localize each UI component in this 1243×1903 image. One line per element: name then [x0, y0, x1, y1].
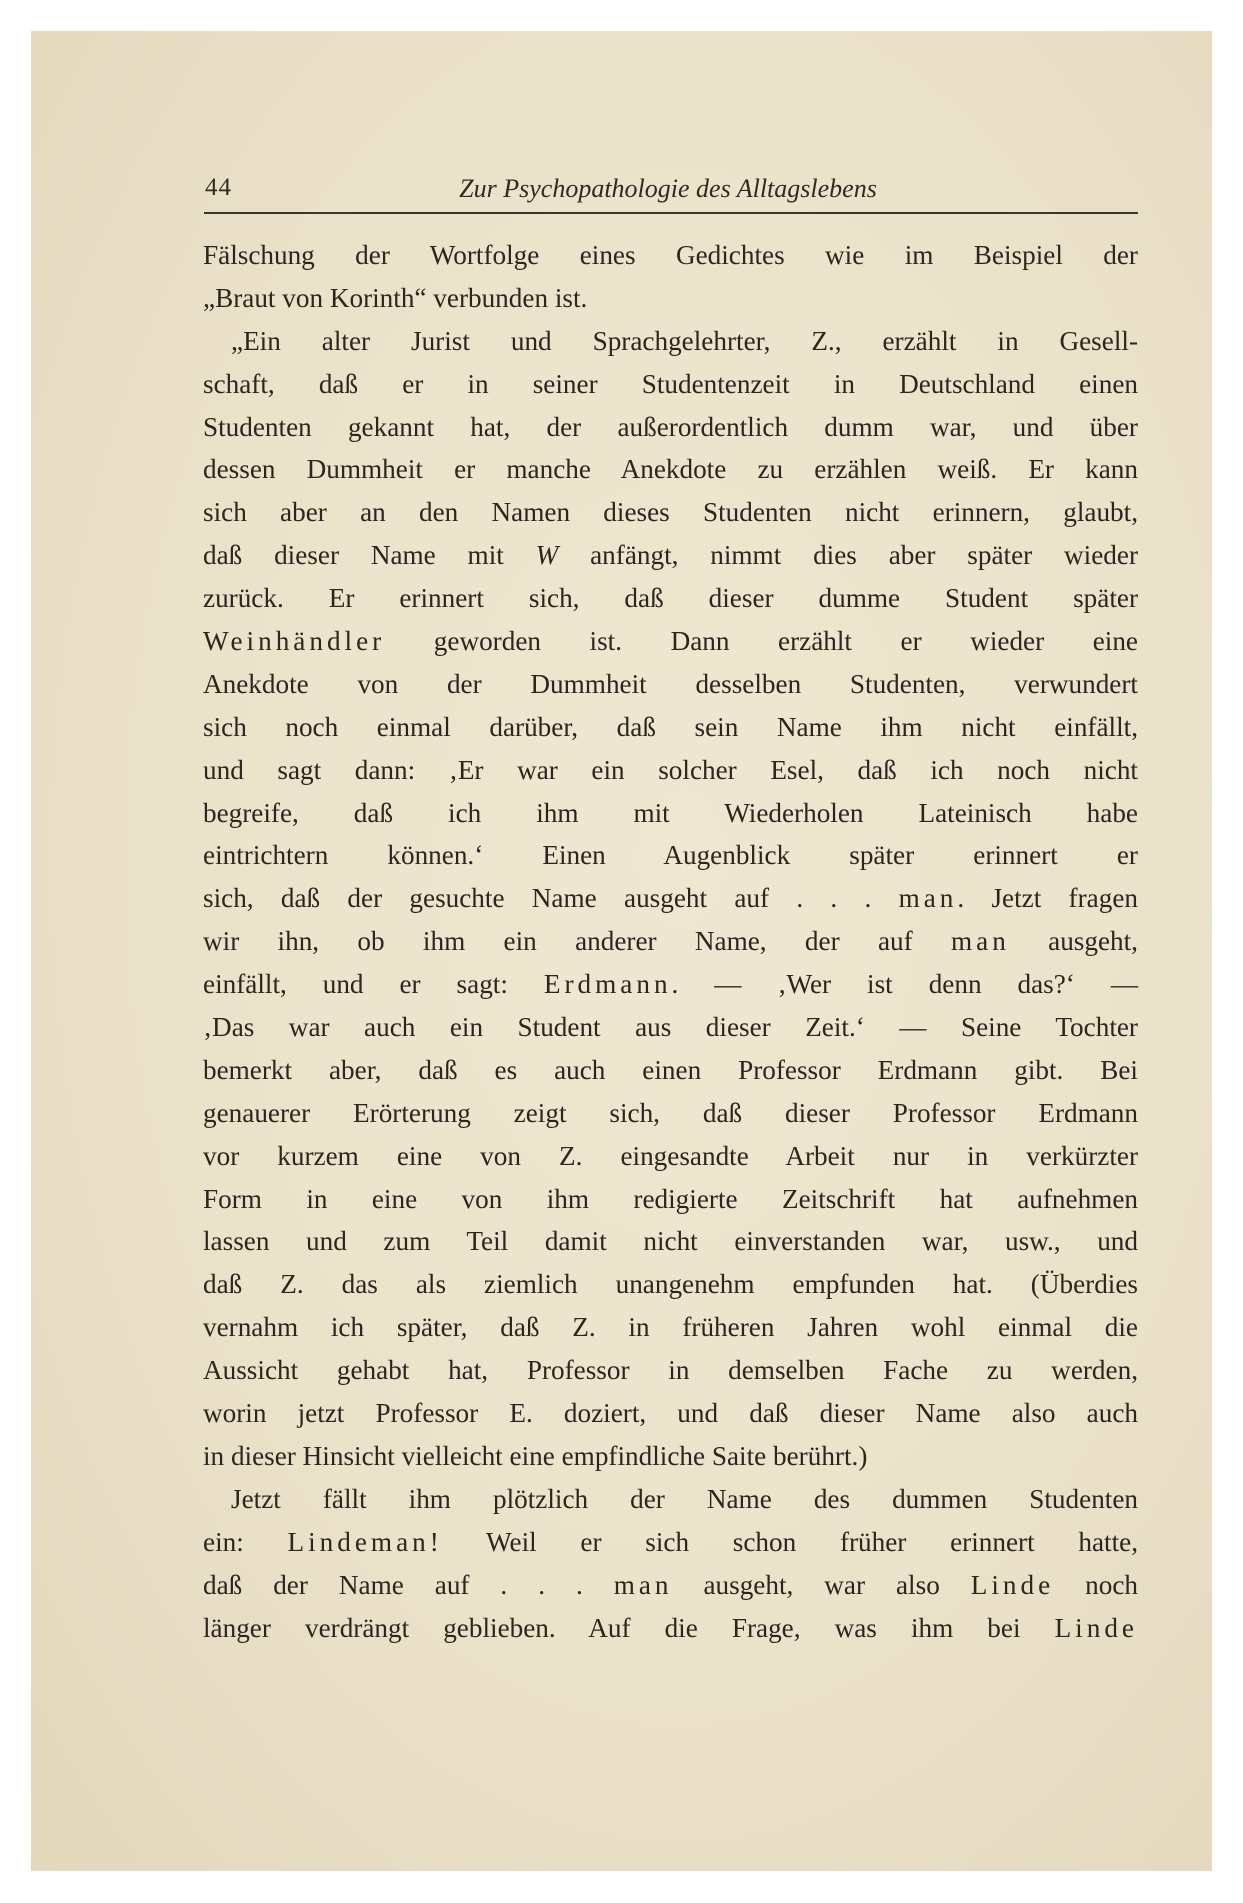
text-line: länger verdrängt geblieben. Auf die Frag… [203, 1607, 1138, 1650]
text-line: lassen und zum Teil damit nicht einverst… [203, 1220, 1138, 1263]
page-header: 44 Zur Psychopathologie des Alltagsleben… [203, 172, 1138, 206]
text-line: Jetzt fällt ihm plötzlich der Name des d… [203, 1478, 1138, 1521]
text-line: Form in eine von ihm redigierte Zeitschr… [203, 1178, 1138, 1221]
text-line: in dieser Hinsicht vielleicht eine empfi… [203, 1435, 1138, 1478]
text-line: Weinhändler geworden ist. Dann erzählt e… [203, 620, 1138, 663]
spaced-word: man [899, 883, 958, 913]
text-segment: sich, daß der gesuchte Name ausgeht auf … [203, 883, 899, 913]
spaced-word: Erdmann [544, 969, 672, 999]
spaced-word: man [614, 1570, 673, 1600]
text-line: vernahm ich später, daß Z. in früheren J… [203, 1306, 1138, 1349]
text-line: ein: Lindeman! Weil er sich schon früher… [203, 1521, 1138, 1564]
text-segment: daß der Name auf . . . [203, 1570, 614, 1600]
text-line: eintrichtern können.‘ Einen Augenblick s… [203, 834, 1138, 877]
text-line: worin jetzt Professor E. doziert, und da… [203, 1392, 1138, 1435]
text-segment: anfängt, nimmt dies aber später wieder [558, 540, 1138, 570]
text-line: daß Z. das als ziemlich unangenehm empfu… [203, 1263, 1138, 1306]
text-segment: . — ‚Wer ist denn das?‘ — [672, 969, 1138, 999]
header-rule [204, 212, 1138, 214]
text-line: wir ihn, ob ihm ein anderer Name, der au… [203, 920, 1138, 963]
body-text: Fälschung der Wortfolge eines Gedichtes … [203, 234, 1138, 1649]
spaced-word: Lindeman! [288, 1527, 443, 1557]
text-segment: . Jetzt fragen [957, 883, 1138, 913]
page-number: 44 [205, 174, 232, 202]
text-line: ‚Das war auch ein Student aus dieser Zei… [203, 1006, 1138, 1049]
text-segment: ein: [203, 1527, 288, 1557]
text-segment: einfällt, und er sagt: [203, 969, 544, 999]
text-segment: daß dieser Name mit [203, 540, 536, 570]
text-line: „Braut von Korinth“ verbunden ist. [203, 277, 1138, 320]
text-line: sich aber an den Namen dieses Studenten … [203, 491, 1138, 534]
text-line: zurück. Er erinnert sich, daß dieser dum… [203, 577, 1138, 620]
text-segment: noch [1054, 1570, 1138, 1600]
text-line: daß der Name auf . . . man ausgeht, war … [203, 1564, 1138, 1607]
text-segment: wir ihn, ob ihm ein anderer Name, der au… [203, 926, 951, 956]
text-line: vor kurzem eine von Z. eingesandte Arbei… [203, 1135, 1138, 1178]
text-segment: Weil er sich schon früher erinnert hatte… [443, 1527, 1138, 1557]
italic-letter: W [536, 540, 559, 570]
spaced-word: Linde [1055, 1613, 1138, 1643]
text-segment: länger verdrängt geblieben. Auf die Frag… [203, 1613, 1055, 1643]
spaced-word: man [951, 926, 1010, 956]
text-line: und sagt dann: ‚Er war ein solcher Esel,… [203, 749, 1138, 792]
text-line: Aussicht gehabt hat, Professor in demsel… [203, 1349, 1138, 1392]
text-line: bemerkt aber, daß es auch einen Professo… [203, 1049, 1138, 1092]
text-line: Fälschung der Wortfolge eines Gedichtes … [203, 234, 1138, 277]
text-line: daß dieser Name mit W anfängt, nimmt die… [203, 534, 1138, 577]
text-segment: geworden ist. Dann erzählt er wieder ein… [385, 626, 1138, 656]
running-title: Zur Psychopathologie des Alltagslebens [423, 174, 913, 204]
spaced-word: Linde [971, 1570, 1054, 1600]
text-line: schaft, daß er in seiner Studentenzeit i… [203, 363, 1138, 406]
text-line: dessen Dummheit er manche Anekdote zu er… [203, 448, 1138, 491]
text-line: sich noch einmal darüber, daß sein Name … [203, 706, 1138, 749]
text-segment: ausgeht, war also [673, 1570, 971, 1600]
text-line: „Ein alter Jurist und Sprachgelehrter, Z… [203, 320, 1138, 363]
text-line: genauerer Erörterung zeigt sich, daß die… [203, 1092, 1138, 1135]
text-segment: ausgeht, [1010, 926, 1138, 956]
spaced-word: Weinhändler [203, 626, 385, 656]
text-line: Anekdote von der Dummheit desselben Stud… [203, 663, 1138, 706]
text-line: begreife, daß ich ihm mit Wiederholen La… [203, 792, 1138, 835]
text-line: einfällt, und er sagt: Erdmann. — ‚Wer i… [203, 963, 1138, 1006]
text-line: Studenten gekannt hat, der außerordentli… [203, 406, 1138, 449]
text-line: sich, daß der gesuchte Name ausgeht auf … [203, 877, 1138, 920]
